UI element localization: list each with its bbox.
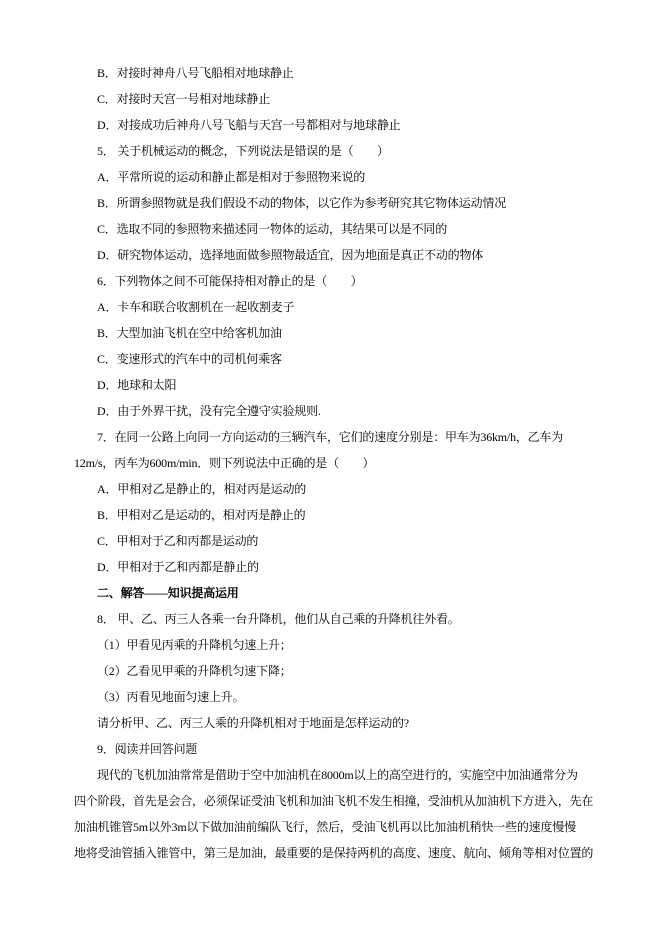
q9-passage-line-2: 四个阶段，首先是会合，必须保证受油飞机和加油飞机不发生相撞，受油机从加油机下方进… — [74, 788, 594, 814]
q6-stem: 6．下列物体之间不可能保持相对静止的是（ ） — [74, 268, 594, 294]
q7-option-b: B．甲相对乙是运动的，相对丙是静止的 — [74, 502, 594, 528]
section-2-heading: 二、解答——知识提高运用 — [74, 580, 594, 606]
q4-option-d: D．对接成功后神舟八号飞船与天宫一号都相对与地球静止 — [74, 112, 594, 138]
worksheet-page: B．对接时神舟八号飞船相对地球静止 C．对接时天宫一号相对地球静止 D．对接成功… — [0, 0, 661, 936]
q9-passage-line-1: 现代的飞机加油常常是借助于空中加油机在8000m以上的高空进行的，实施空中加油通… — [74, 762, 594, 788]
q7-option-a: A．甲相对乙是静止的，相对丙是运动的 — [74, 476, 594, 502]
q5-stem: 5． 关于机械运动的概念，下列说法是错误的是（ ） — [74, 138, 594, 164]
q8-prompt: 请分析甲、乙、丙三人乘的升降机相对于地面是怎样运动的? — [74, 710, 594, 736]
q4-option-b: B．对接时神舟八号飞船相对地球静止 — [74, 60, 594, 86]
q7-option-d: D．甲相对于乙和丙都是静止的 — [74, 554, 594, 580]
q5-option-a: A．平常所说的运动和静止都是相对于参照物来说的 — [74, 164, 594, 190]
q8-stem: 8． 甲、乙、丙三人各乘一台升降机，他们从自己乘的升降机往外看。 — [74, 606, 594, 632]
q6-option-b: B．大型加油飞机在空中给客机加油 — [74, 320, 594, 346]
q8-item-2: （2）乙看见甲乘的升降机匀速下降； — [74, 658, 594, 684]
q5-option-b: B．所谓参照物就是我们假设不动的物体，以它作为参考研究其它物体运动情况 — [74, 190, 594, 216]
q8-item-3: （3）丙看见地面匀速上升。 — [74, 684, 594, 710]
q7-option-c: C．甲相对于乙和丙都是运动的 — [74, 528, 594, 554]
q7-stem-line-1: 7．在同一公路上向同一方向运动的三辆汽车，它们的速度分别是：甲车为36km/h，… — [74, 424, 594, 450]
q6-option-a: A．卡车和联合收割机在一起收割麦子 — [74, 294, 594, 320]
q6-option-c: C．变速形式的汽车中的司机何乘客 — [74, 346, 594, 372]
q9-stem: 9．阅读并回答问题 — [74, 736, 594, 762]
worksheet-content: B．对接时神舟八号飞船相对地球静止 C．对接时天宫一号相对地球静止 D．对接成功… — [74, 60, 594, 866]
q6-option-d: D．地球和太阳 — [74, 372, 594, 398]
q5-option-c: C．选取不同的参照物来描述同一物体的运动，其结果可以是不同的 — [74, 216, 594, 242]
q9-passage-line-3: 加油机锥管5m以外3m以下做加油前编队飞行，然后，受油飞机再以比加油机稍快一些的… — [74, 814, 594, 840]
q6-option-d2: D．由于外界干扰，没有完全遵守实验规则. — [74, 398, 594, 424]
q5-option-d: D．研究物体运动，选择地面做参照物最适宜，因为地面是真正不动的物体 — [74, 242, 594, 268]
q8-item-1: （1）甲看见丙乘的升降机匀速上升； — [74, 632, 594, 658]
q4-option-c: C．对接时天宫一号相对地球静止 — [74, 86, 594, 112]
q7-stem-line-2: 12m/s，丙车为600m/min．则下列说法中正确的是（ ） — [74, 450, 594, 476]
q9-passage-line-4: 地将受油管插入锥管中，第三是加油，最重要的是保持两机的高度、速度、航向、倾角等相… — [74, 840, 594, 866]
